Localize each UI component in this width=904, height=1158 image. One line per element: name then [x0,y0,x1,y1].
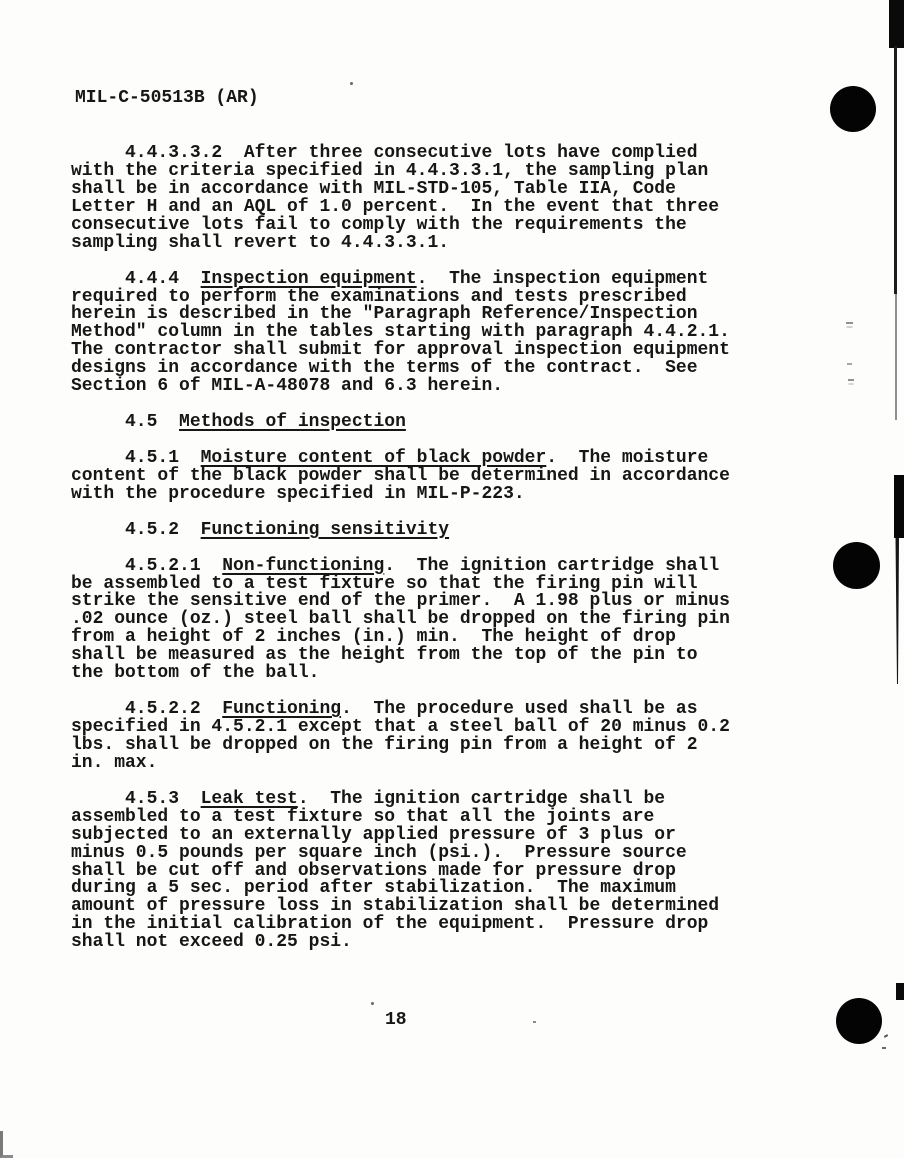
document-body: 4.4.3.3.2 After three consecutive lots h… [71,145,730,952]
paragraph-4-5-2-functioning-sensitivity: 4.5.2 Functioning sensitivity [71,522,730,540]
scan-corner-mark [0,1131,13,1158]
paragraph-4-5-1-moisture-content: 4.5.1 Moisture content of black powder. … [71,450,730,504]
paragraph-4-5-2-1-non-functioning: 4.5.2.1 Non-functioning. The ignition ca… [71,558,730,684]
scan-edge-line-upper [894,46,897,294]
scan-speck [884,1034,888,1038]
paragraph-4-5-methods-of-inspection: 4.5 Methods of inspection [71,414,730,432]
scan-edge-bar-middle [894,475,904,538]
text-line: 4.5 Methods of inspection [71,414,730,432]
text-line: with the procedure specified in MIL-P-22… [71,486,730,504]
scan-edge-bar-top [889,0,904,48]
text-line: Section 6 of MIL-A-48078 and 6.3 herein. [71,378,730,396]
hole-punch-dot-middle [833,542,880,589]
hole-punch-dot-bottom [836,998,882,1044]
paragraph-4-5-3-leak-test: 4.5.3 Leak test. The ignition cartridge … [71,791,730,952]
scan-edge-line-taper [895,538,900,684]
scan-speck [371,1002,374,1005]
document-id-header: MIL-C-50513B (AR) [75,89,259,107]
text-line: shall not exceed 0.25 psi. [71,934,730,952]
page-number: 18 [385,1011,407,1029]
paragraph-4-4-4-inspection-equipment: 4.4.4 Inspection equipment. The inspecti… [71,271,730,397]
text-line: 4.5.2 Functioning sensitivity [71,522,730,540]
text-line: lbs. shall be dropped on the firing pin … [71,737,730,755]
text-line: sampling shall revert to 4.4.3.3.1. [71,235,730,253]
scan-speck [533,1021,536,1023]
hole-punch-dot-top [830,86,876,132]
scan-speck [350,82,353,85]
scan-speck [848,379,854,381]
scan-edge-line-faded [895,294,897,420]
paragraph-4-5-2-2-functioning: 4.5.2.2 Functioning. The procedure used … [71,701,730,773]
paragraph-4-4-3-3-2: 4.4.3.3.2 After three consecutive lots h… [71,145,730,253]
scan-speck [847,363,852,365]
scan-speck [882,1047,886,1049]
scanned-document-page: MIL-C-50513B (AR) 4.4.3.3.2 After three … [0,0,904,1158]
scan-speck [846,322,853,324]
text-line: the bottom of the ball. [71,665,730,683]
scan-edge-mark-bottom [896,983,904,1000]
text-line: in. max. [71,755,730,773]
